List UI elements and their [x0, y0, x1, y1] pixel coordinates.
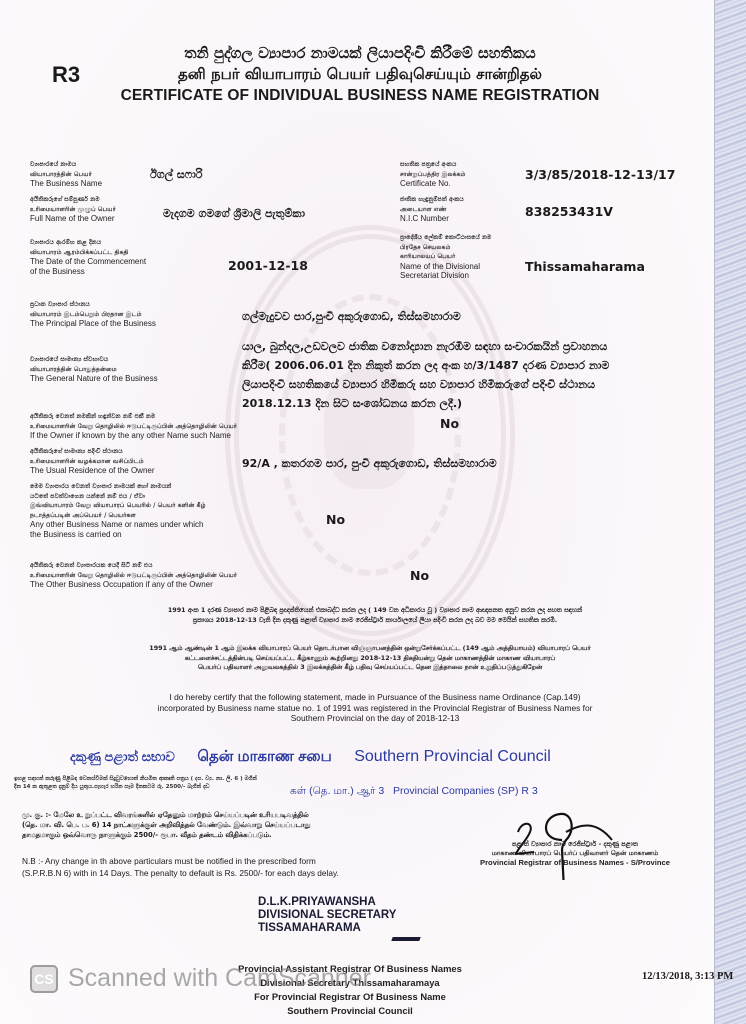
usual-residence-value: 92/A , කතරගම පාර, පුංචි අකුරුගොඩ, තිස්සම… [242, 457, 497, 471]
footer-note-english: N.B :- Any change in th above particular… [22, 855, 402, 879]
southern-provincial-council: දකුණු පළාත් සභාව தென் மாகாண சபை Southern… [70, 748, 569, 767]
title-tamil: தனி நபர் வியாபாரம் பெயர் பதிவுசெய்யும் ச… [120, 64, 600, 85]
stamp-mark [391, 937, 420, 941]
business-name-label: ව්‍යාපාරයේ නාමය வியாபாரத்தின் பெயர் The … [30, 160, 102, 189]
owner-name-label: අයිතිකරුගේ සම්පූර්ණ නම உரிமையாளரின் முழு… [30, 195, 116, 224]
camscanner-watermark: CS Scanned with CamScanner [30, 964, 371, 993]
certification-statement: I do hereby certify that the following s… [95, 692, 655, 724]
usual-residence-label: අයිතිකරුගේ සාමාන්‍ය පදිංචි ස්ථානය உரிமைய… [30, 447, 155, 476]
national-emblem-watermark [225, 225, 515, 645]
footer-note-tamil: மு. கு. :- மேலே உ றுப்பட்ட விவரங்களில் ஏ… [22, 810, 382, 840]
other-name-label: අයිතිකරු වෙනත් නමකින් හඳුන්වන නම් එකී නම… [30, 412, 237, 441]
business-name-value: ඊගල් සෆාරි [150, 168, 202, 182]
nic-number-value: 838253431V [525, 204, 613, 219]
form-code: R3 [52, 62, 80, 88]
owner-name-value: මැදගම ගමගේ ශ්‍රීමාලි පැතුම්කා [163, 207, 305, 221]
certificate-title: තනි පුද්ගල ව්‍යාපාර නාමයක් ලියාපදිංචි කි… [120, 42, 600, 107]
notice-sinhala: 1991 අංක 1 දරණ ව්‍යාපාර නාම පිළිබඳ ප්‍රඥ… [70, 606, 680, 625]
security-pattern-border [714, 0, 746, 1024]
divisional-secretary-stamp: D.L.K.PRIYAWANSHA DIVISIONAL SECRETARY T… [258, 896, 396, 935]
other-occupation-label: අයිතිකරු වෙනත් ව්‍යාපාරයක යෙදී සිටී නම් … [30, 561, 237, 590]
divisional-secretariat-label: ප්‍රාදේශීය ලේකම් කොට්ඨාසයේ නම பிரதேச செய… [400, 233, 491, 281]
principal-place-value: ගල්මැදුවව පාර,පුංචි අකුරුගොඩ, තිස්සමහාරා… [242, 310, 461, 324]
general-nature-label: ව්‍යාපාරයේ සාමාන්‍ය ස්වභාවය வியாபாரத்தின… [30, 355, 158, 384]
provincial-registrar-title: පළාත් ව්‍යාපාර නාම රෙජිස්ට්‍රාර් - දකුණු… [455, 840, 695, 867]
scan-timestamp: 12/13/2018, 3:13 PM [642, 971, 733, 982]
other-occupation-value: No [410, 568, 429, 583]
notice-tamil: 1991 ஆம் ஆண்டின் 1 ஆம் இலக்க வியாபாரப் ப… [30, 644, 710, 673]
title-sinhala: තනි පුද්ගල ව්‍යාපාර නාමයක් ලියාපදිංචි කි… [120, 42, 600, 64]
nic-number-label: ජාතික හැඳුනුම්පත් අංකය அடையாள எண் N.I.C … [400, 195, 464, 224]
other-business-name-value: No [326, 512, 345, 527]
divisional-secretariat-value: Thissamaharama [525, 259, 645, 274]
other-business-name-label: මෙම ව්‍යාපාරය වෙනත් ව්‍යාපාර නාමයක් හෝ න… [30, 482, 206, 539]
principal-place-label: ප්‍රධාන ව්‍යාපාර ස්ථානය வியாபாரம் இடம்பெ… [30, 300, 156, 329]
provincial-companies-ref: கள் (தெ. மா.) ஆர் 3 Provincial Companies… [290, 785, 538, 798]
commencement-date-value: 2001-12-18 [228, 258, 308, 273]
title-english: CERTIFICATE OF INDIVIDUAL BUSINESS NAME … [120, 85, 600, 107]
general-nature-value: යාල, බුන්දල,උඩවලව ජාතික වනෝද්‍යාන නැරඹීම… [242, 337, 622, 413]
certificate-no-label: සහතික පත්‍රයේ අංකය சான்றுப்பத்திர இலக்கம… [400, 160, 466, 189]
council-sub-note: ඉහළ සඳහන් කරුණු පිළිබඳ වෙනස්වීමක් සිදුවු… [14, 775, 314, 791]
camscanner-logo-icon: CS [30, 965, 58, 993]
certificate-no-value: 3/3/85/2018-12-13/17 [525, 167, 675, 182]
other-name-value: No [440, 416, 459, 431]
commencement-date-label: ව්‍යාපාරය ආරම්භ කළ දිනය வியாபாரம் ஆரம்பி… [30, 238, 146, 276]
